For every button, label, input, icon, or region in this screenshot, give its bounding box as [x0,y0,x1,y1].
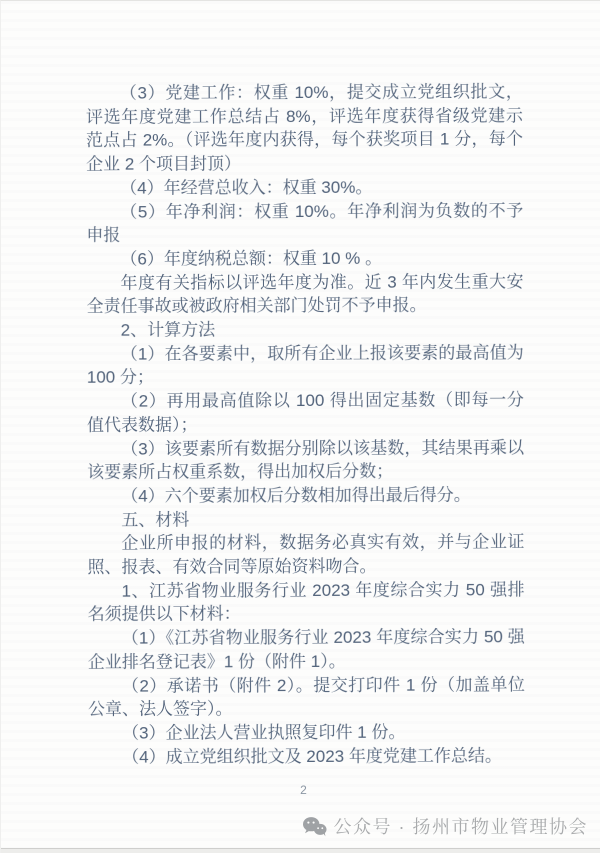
paragraph: （3）该要素所有数据分别除以该基数，其结果再乘以该要素所占权重系数，得出加权后分… [87,436,524,485]
paragraph: （4）年经营总收入：权重 30%。 [86,175,523,200]
paragraph: （2）承诺书（附件 2）。提交打印件 1 份（加盖单位公章、法人签字）。 [88,673,525,722]
document-body: （3）党建工作：权重 10%，提交成立党组织批文，评选年度党建工作总结占 8%，… [86,80,525,769]
wechat-icon [302,816,327,837]
paragraph: （1）在各要素中，取所有企业上报该要素的最高值为 100 分； [87,341,524,390]
paragraph: （6）年度纳税总额：权重 10 % 。 [86,246,523,271]
wechat-watermark-text: 公众号 · 扬州市物业管理协会 [334,813,589,839]
page-number: 2 [1,783,600,797]
paragraph: 1、江苏省物业服务行业 2023 年度综合实力 50 强排名须提供以下材料： [88,578,525,627]
paragraph: （3）企业法人营业执照复印件 1 份。 [88,720,525,745]
page-bottom-edge [1,848,600,853]
wechat-watermark: 公众号 · 扬州市物业管理协会 [302,813,589,839]
paragraph: 2、计算方法 [87,317,524,342]
scanned-document-page: （3）党建工作：权重 10%，提交成立党组织批文，评选年度党建工作总结占 8%，… [0,0,600,853]
paragraph: 五、材料 [87,507,524,532]
paragraph: （2）再用最高值除以 100 得出固定基数（即每一分值代表数据）； [87,388,524,437]
paragraph: 企业所申报的材料，数据务必真实有效，并与企业证照、报表、有效合同等原始资料吻合。 [87,531,524,580]
paragraph: （5）年净利润：权重 10%。年净利润为负数的不予申报 [86,199,523,248]
paragraph: （1）《江苏省物业服务行业 2023 年度综合实力 50 强企业排名登记表》1 … [88,625,525,674]
paragraph: （4）六个要素加权后分数相加得出最后得分。 [87,483,524,508]
paragraph: （3）党建工作：权重 10%，提交成立党组织批文，评选年度党建工作总结占 8%，… [86,80,523,176]
paragraph: 年度有关指标以评选年度为准。近 3 年内发生重大安全责任事故或被政府相关部门处罚… [86,270,523,319]
paragraph: （4）成立党组织批文及 2023 年度党建工作总结。 [88,744,525,769]
